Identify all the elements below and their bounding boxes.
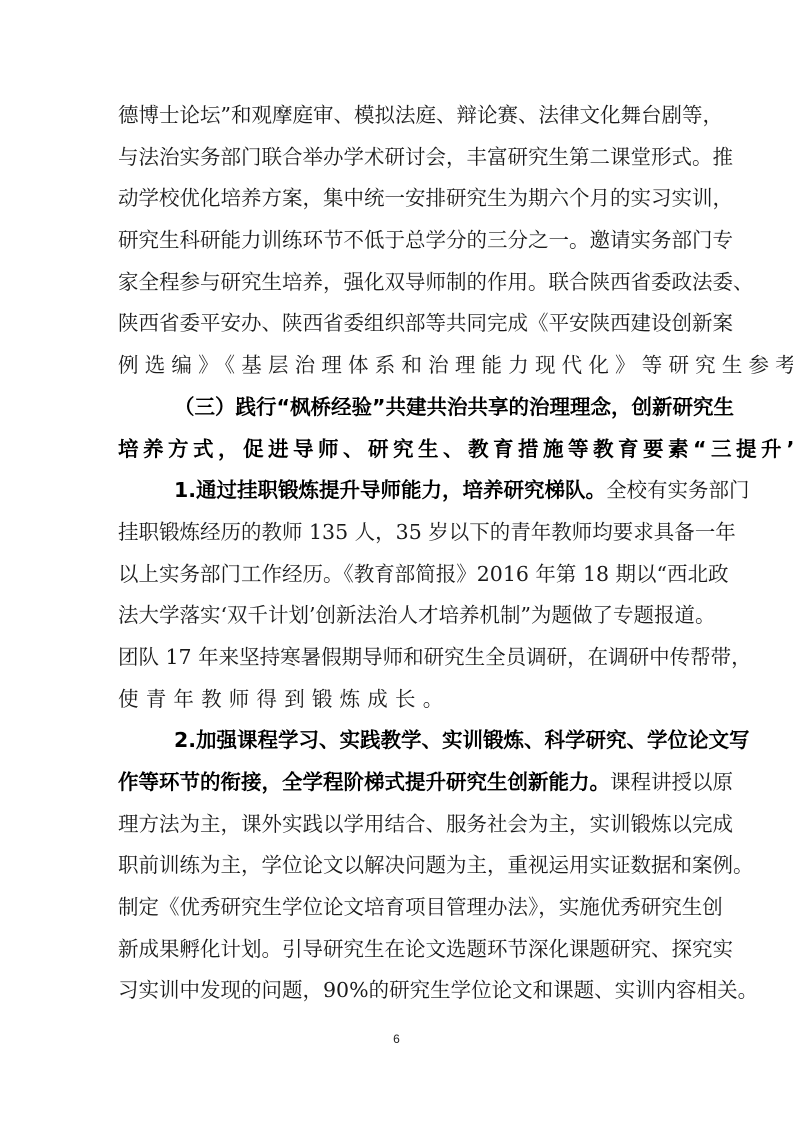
item-2-text: 课程讲授以原 [610, 770, 733, 794]
paragraph-line: 习实训中发现的问题，90%的研究生学位论文和课题、实训内容相关。 [118, 970, 684, 1012]
paragraph-line: 新成果孵化计划。引导研究生在论文选题环节深化课题研究、探究实 [118, 929, 684, 971]
paragraph-line: 法大学落实‘双千计划’创新法治人才培养机制”为题做了专题报道。 [118, 595, 684, 637]
paragraph-line: 团队 17 年来坚持寒暑假期导师和研究生全员调研，在调研中传帮带， [118, 637, 684, 679]
paragraph-line: 研究生科研能力训练环节不低于总学分的三分之一。邀请实务部门专 [118, 220, 684, 262]
item-1-text: 全校有实务部门 [606, 478, 750, 502]
section-heading-line-1: （三）践行“枫桥经验”共建共治共享的治理理念，创新研究生 [118, 387, 684, 429]
paragraph-line: 陕西省委平安办、陕西省委组织部等共同完成《平安陕西建设创新案 [118, 303, 684, 345]
paragraph-line: 职前训练为主，学位论文以解决问题为主，重视运用实证数据和案例。 [118, 845, 684, 887]
paragraph-line: 制定《优秀研究生学位论文培育项目管理办法》，实施优秀研究生创 [118, 887, 684, 929]
paragraph-line: 理方法为主，课外实践以学用结合、服务社会为主，实训锻炼以完成 [118, 804, 684, 846]
paragraph-line: 与法治实务部门联合举办学术研讨会，丰富研究生第二课堂形式。推 [118, 137, 684, 179]
item-2-heading-line-2: 作等环节的衔接，全学程阶梯式提升研究生创新能力。课程讲授以原 [118, 762, 684, 804]
body-text: 德博士论坛”和观摩庭审、模拟法庭、辩论赛、法律文化舞台剧等， 与法治实务部门联合… [118, 95, 684, 1012]
paragraph-line: 德博士论坛”和观摩庭审、模拟法庭、辩论赛、法律文化舞台剧等， [118, 95, 684, 137]
paragraph-line: 使青年教师得到锻炼成长。 [118, 679, 684, 721]
paragraph-line: 以上实务部门工作经历。《教育部简报》2016 年第 18 期以“西北政 [118, 554, 684, 596]
item-1-heading: 1.通过挂职锻炼提升导师能力，培养研究梯队。 [174, 478, 606, 502]
item-2-heading: 作等环节的衔接，全学程阶梯式提升研究生创新能力。 [118, 770, 610, 794]
paragraph-line: 家全程参与研究生培养，强化双导师制的作用。联合陕西省委政法委、 [118, 262, 684, 304]
item-2-heading-line-1: 2.加强课程学习、实践教学、实训锻炼、科学研究、学位论文写 [118, 720, 684, 762]
paragraph-line: 动学校优化培养方案，集中统一安排研究生为期六个月的实习实训， [118, 178, 684, 220]
page-number: 6 [0, 1032, 793, 1046]
item-1-first-line: 1.通过挂职锻炼提升导师能力，培养研究梯队。全校有实务部门 [118, 470, 684, 512]
paragraph-line: 例选编》《基层治理体系和治理能力现代化》等研究生参考教材。 [118, 345, 684, 387]
paragraph-line: 挂职锻炼经历的教师 135 人，35 岁以下的青年教师均要求具备一年 [118, 512, 684, 554]
section-heading-line-2: 培养方式，促进导师、研究生、教育措施等教育要素“三提升” [118, 429, 684, 471]
document-page: 德博士论坛”和观摩庭审、模拟法庭、辩论赛、法律文化舞台剧等， 与法治实务部门联合… [0, 0, 793, 1122]
